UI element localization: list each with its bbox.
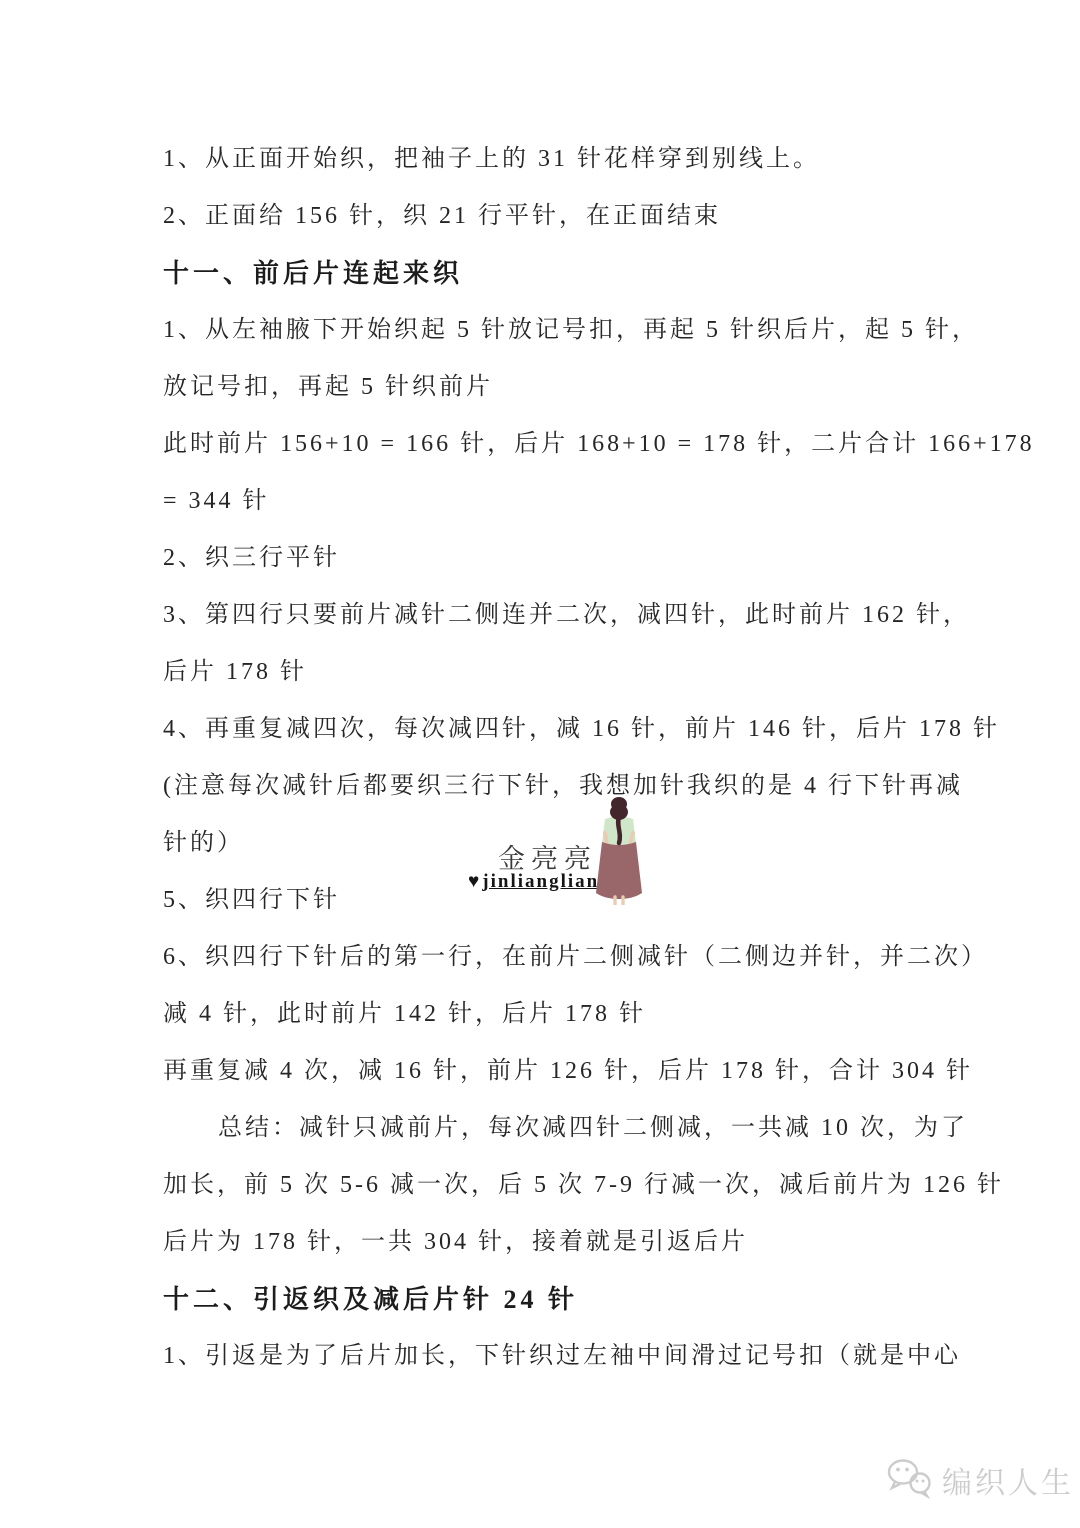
text-line: 针的） — [163, 815, 953, 872]
text-line: = 344 针 — [163, 473, 953, 530]
footer-brand-text: 编织人生 — [942, 1458, 1074, 1502]
text-line: 此时前片 156+10 = 166 针，后片 168+10 = 178 针，二片… — [163, 416, 953, 473]
text-line: 3、第四行只要前片减针二侧连并二次，减四针，此时前片 162 针， — [163, 587, 953, 644]
text-line: 1、从左袖腋下开始织起 5 针放记号扣，再起 5 针织后片，起 5 针， — [163, 302, 953, 359]
text-line: 5、织四行下针 — [163, 872, 953, 929]
wechat-bubbles — [889, 1460, 930, 1496]
text-line: (注意每次减针后都要织三行下针，我想加针我织的是 4 行下针再减 — [163, 758, 953, 815]
text-line: 6、织四行下针后的第一行，在前片二侧减针（二侧边并针，并二次） — [163, 929, 953, 986]
text-line: 4、再重复减四次，每次减四针，减 16 针，前片 146 针，后片 178 针 — [163, 701, 953, 758]
text-line: 1、从正面开始织，把袖子上的 31 针花样穿到别线上。 — [163, 131, 953, 188]
text-line: 再重复减 4 次，减 16 针，前片 126 针，后片 178 针，合计 304… — [163, 1043, 953, 1100]
document-page: 1、从正面开始织，把袖子上的 31 针花样穿到别线上。 2、正面给 156 针，… — [0, 0, 1080, 1528]
section-heading: 十一、前后片连起来织 — [163, 245, 953, 302]
text-line: 减 4 针，此时前片 142 针，后片 178 针 — [163, 986, 953, 1043]
text-line: 后片为 178 针，一共 304 针，接着就是引返后片 — [163, 1214, 953, 1271]
text-line: 2、正面给 156 针，织 21 行平针，在正面结束 — [163, 188, 953, 245]
wechat-icon — [884, 1457, 936, 1504]
text-line: 2、织三行平针 — [163, 530, 953, 587]
text-line: 后片 178 针 — [163, 644, 953, 701]
footer-watermark: 编织人生 — [884, 1458, 1074, 1502]
wechat-eyes — [896, 1467, 924, 1482]
text-line: 总结：减针只减前片，每次减四针二侧减，一共减 10 次，为了 — [163, 1100, 953, 1157]
section-heading: 十二、引返织及减后片针 24 针 — [163, 1271, 953, 1328]
document-body: 1、从正面开始织，把袖子上的 31 针花样穿到别线上。 2、正面给 156 针，… — [163, 131, 953, 1385]
text-line: 放记号扣，再起 5 针织前片 — [163, 359, 953, 416]
text-line: 加长，前 5 次 5-6 减一次，后 5 次 7-9 行减一次，减后前片为 12… — [163, 1157, 953, 1214]
text-line: 1、引返是为了后片加长，下针织过左袖中间滑过记号扣（就是中心 — [163, 1328, 953, 1385]
